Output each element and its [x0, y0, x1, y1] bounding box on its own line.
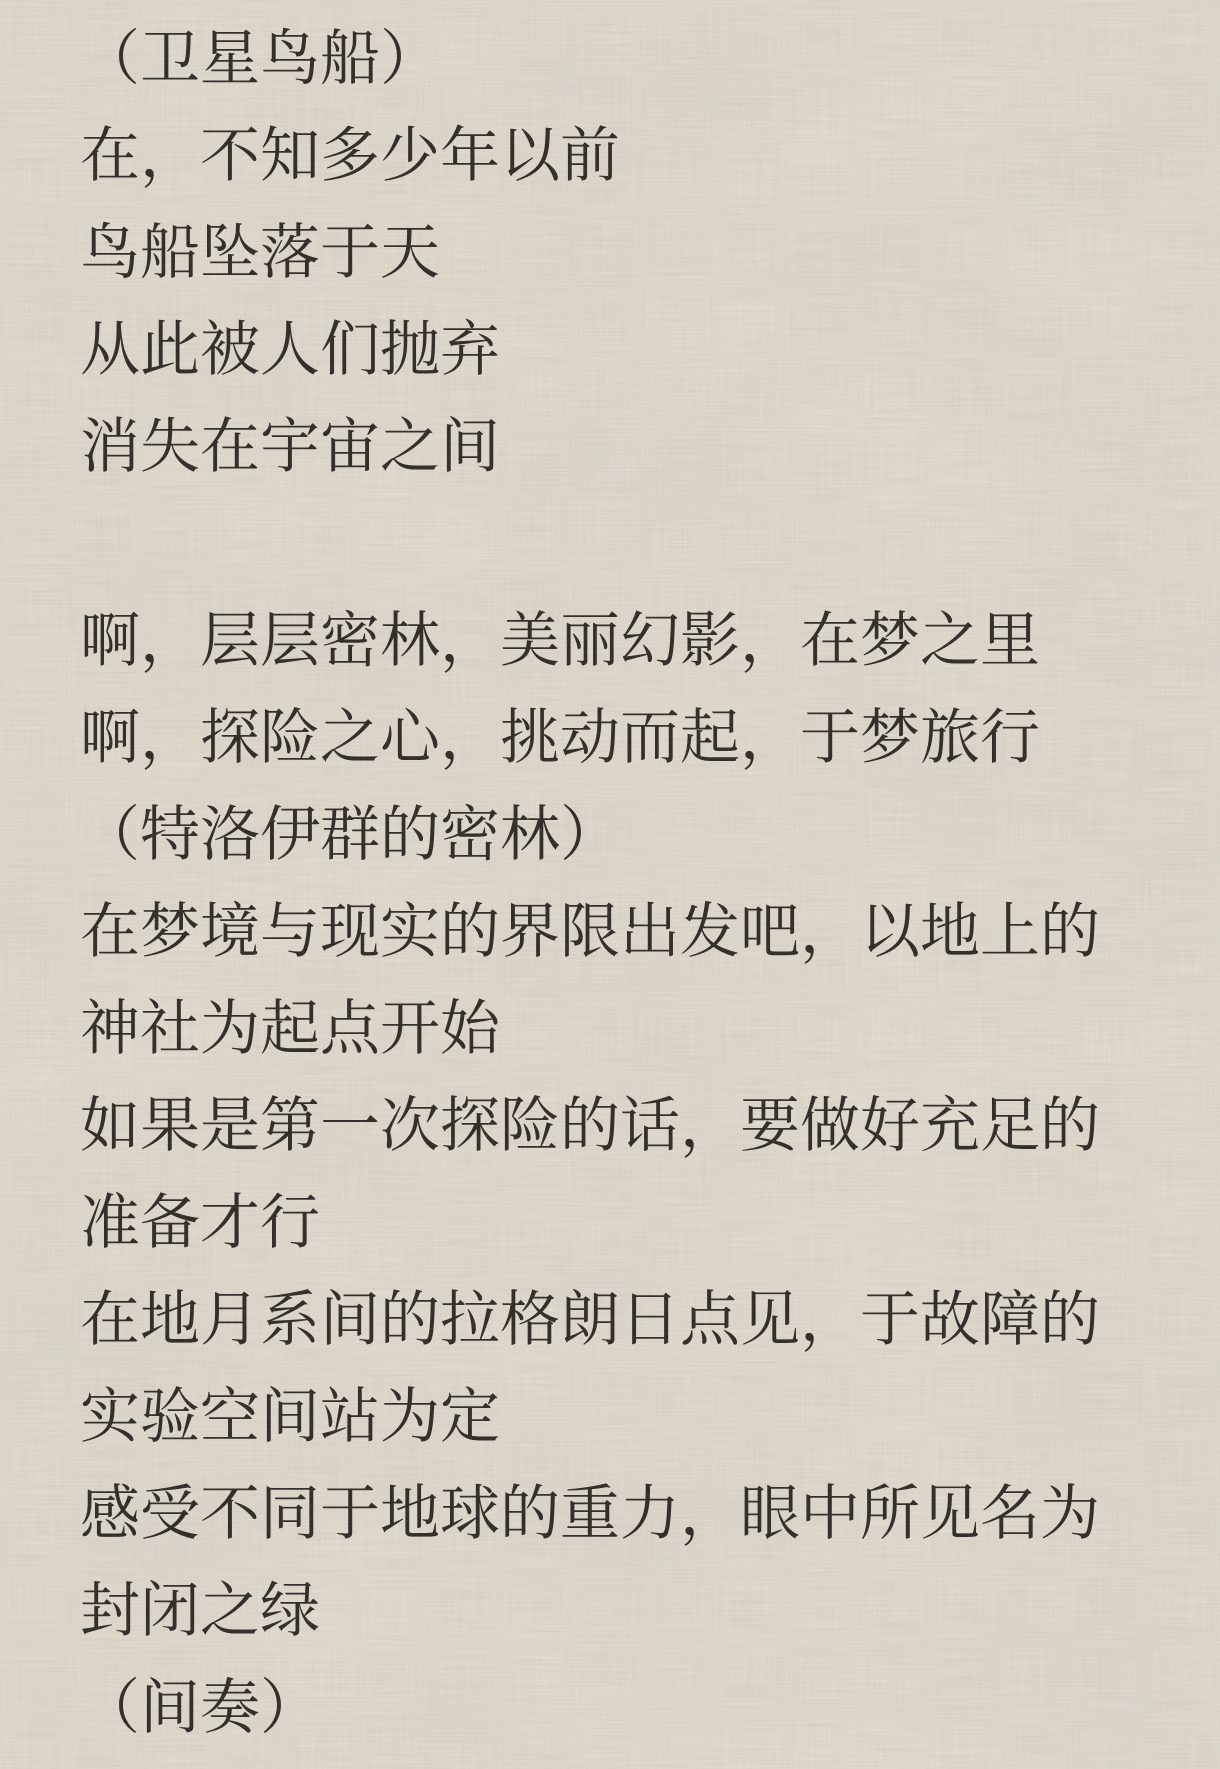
lyric-line: 准备才行 [80, 1175, 1220, 1272]
annotation-line: （特洛伊群的密林） [80, 787, 1220, 884]
lyric-line: 从此被人们抛弃 [80, 302, 1220, 399]
lyric-line: 如果是第一次探险的话，要做好充足的 [80, 1078, 1220, 1175]
lyric-line: 在梦境与现实的界限出发吧，以地上的 [80, 884, 1220, 981]
lyrics-page: （卫星鸟船） 在，不知多少年以前 鸟船坠落于天 从此被人们抛弃 消失在宇宙之间 … [0, 0, 1220, 1769]
lyric-line: 消失在宇宙之间 [80, 399, 1220, 496]
lyric-line: 实验空间站为定 [80, 1369, 1220, 1466]
lyrics-text: （卫星鸟船） 在，不知多少年以前 鸟船坠落于天 从此被人们抛弃 消失在宇宙之间 … [80, 11, 1220, 1757]
lyric-line: 神社为起点开始 [80, 981, 1220, 1078]
lyric-line: 感受不同于地球的重力，眼中所见名为 [80, 1466, 1220, 1563]
lyric-line: 鸟船坠落于天 [80, 205, 1220, 302]
annotation-line: （间奏） [80, 1660, 1220, 1757]
lyric-line: 啊，探险之心，挑动而起，于梦旅行 [80, 690, 1220, 787]
lyric-line: 在，不知多少年以前 [80, 108, 1220, 205]
lyric-line: 啊，层层密林，美丽幻影，在梦之里 [80, 593, 1220, 690]
blank-line [80, 496, 1220, 593]
lyric-line: 封闭之绿 [80, 1563, 1220, 1660]
lyric-line: 在地月系间的拉格朗日点见，于故障的 [80, 1272, 1220, 1369]
annotation-line: （卫星鸟船） [80, 11, 1220, 108]
